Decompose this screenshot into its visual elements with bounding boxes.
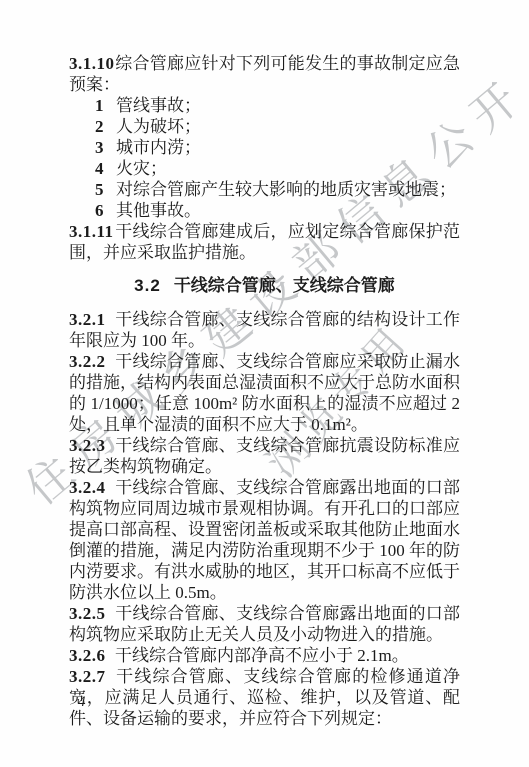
clause-number: 3.2.3 [69, 435, 115, 456]
clause-text: 干线综合管廊、支线综合管廊应采取防止漏水的措施，结构内表面总湿渍面积不应大于总防… [69, 352, 460, 434]
list-item-text: 城市内涝； [116, 138, 201, 157]
clause-text: 干线综合管廊建成后，应划定综合管廊保护范围，并应采取监护措施。 [69, 222, 460, 262]
clause-text: 综合管廊应针对下列可能发生的事故制定应急预案： [69, 54, 460, 94]
document-page: 住房城乡建设部信息公开 浏览专用 3.1.10综合管廊应针对下列可能发生的事故制… [0, 0, 529, 767]
list-item-text: 其他事故。 [116, 201, 201, 220]
list-item-text: 火灾； [116, 159, 167, 178]
clause-text: 干线综合管廊、支线综合管廊露出地面的口部构筑物应同周边城市景观相协调。有开孔口的… [69, 478, 460, 602]
clause-3-2-2: 3.2.2干线综合管廊、支线综合管廊应采取防止漏水的措施，结构内表面总湿渍面积不… [69, 351, 460, 435]
list-item-number: 6 [95, 200, 116, 221]
list-item-text: 对综合管廊产生较大影响的地质灾害或地震； [116, 180, 456, 199]
list-item-1: 1管线事故； [69, 95, 460, 116]
clause-text: 干线综合管廊、支线综合管廊的结构设计工作年限应为 100 年。 [69, 310, 460, 350]
clause-3-2-4: 3.2.4干线综合管廊、支线综合管廊露出地面的口部构筑物应同周边城市景观相协调。… [69, 477, 460, 603]
clause-3-2-5: 3.2.5干线综合管廊、支线综合管廊露出地面的口部构筑物应采取防止无关人员及小动… [69, 603, 460, 645]
clause-3-2-6: 3.2.6干线综合管廊内部净高不应小于 2.1m。 [69, 645, 460, 666]
clause-3-1-11: 3.1.11干线综合管廊建成后，应划定综合管廊保护范围，并应采取监护措施。 [69, 221, 460, 263]
clause-number: 3.2.7 [69, 666, 115, 687]
list-item-text: 人为破坏； [116, 117, 201, 136]
list-item-4: 4火灾； [69, 158, 460, 179]
clause-number: 3.2.4 [69, 477, 115, 498]
page-number: 4 [78, 694, 86, 711]
list-item-text: 管线事故； [116, 96, 201, 115]
clause-text: 干线综合管廊、支线综合管廊抗震设防标准应按乙类构筑物确定。 [69, 436, 460, 476]
list-item-number: 4 [95, 158, 116, 179]
clause-number: 3.2.5 [69, 603, 115, 624]
page-content: 3.1.10综合管廊应针对下列可能发生的事故制定应急预案：1管线事故；2人为破坏… [69, 53, 460, 729]
list-item-6: 6其他事故。 [69, 200, 460, 221]
list-item-number: 3 [95, 137, 116, 158]
clause-3-2-7: 3.2.7干线综合管廊、支线综合管廊的检修通道净宽，应满足人员通行、巡检、维护，… [69, 666, 460, 729]
list-item-number: 5 [95, 179, 116, 200]
clause-number: 3.2.2 [69, 351, 115, 372]
clause-text: 干线综合管廊、支线综合管廊的检修通道净宽，应满足人员通行、巡检、维护，以及管道、… [69, 667, 460, 728]
clause-number: 3.2.1 [69, 309, 115, 330]
section-heading: 3.2干线综合管廊、支线综合管廊 [69, 275, 460, 296]
section-title: 干线综合管廊、支线综合管廊 [174, 276, 395, 295]
clause-number: 3.1.11 [69, 221, 115, 242]
clause-text: 干线综合管廊、支线综合管廊露出地面的口部构筑物应采取防止无关人员及小动物进入的措… [69, 604, 460, 644]
clause-number: 3.1.10 [69, 53, 115, 74]
clause-number: 3.2.6 [69, 645, 115, 666]
list-item-3: 3城市内涝； [69, 137, 460, 158]
list-item-5: 5对综合管廊产生较大影响的地质灾害或地震； [69, 179, 460, 200]
section-number: 3.2 [134, 276, 161, 295]
clause-text: 干线综合管廊内部净高不应小于 2.1m。 [115, 646, 409, 665]
list-item-number: 2 [95, 116, 116, 137]
clause-3-1-10: 3.1.10综合管廊应针对下列可能发生的事故制定应急预案： [69, 53, 460, 95]
clause-3-2-1: 3.2.1干线综合管廊、支线综合管廊的结构设计工作年限应为 100 年。 [69, 309, 460, 351]
list-item-number: 1 [95, 95, 116, 116]
list-item-2: 2人为破坏； [69, 116, 460, 137]
clause-3-2-3: 3.2.3干线综合管廊、支线综合管廊抗震设防标准应按乙类构筑物确定。 [69, 435, 460, 477]
